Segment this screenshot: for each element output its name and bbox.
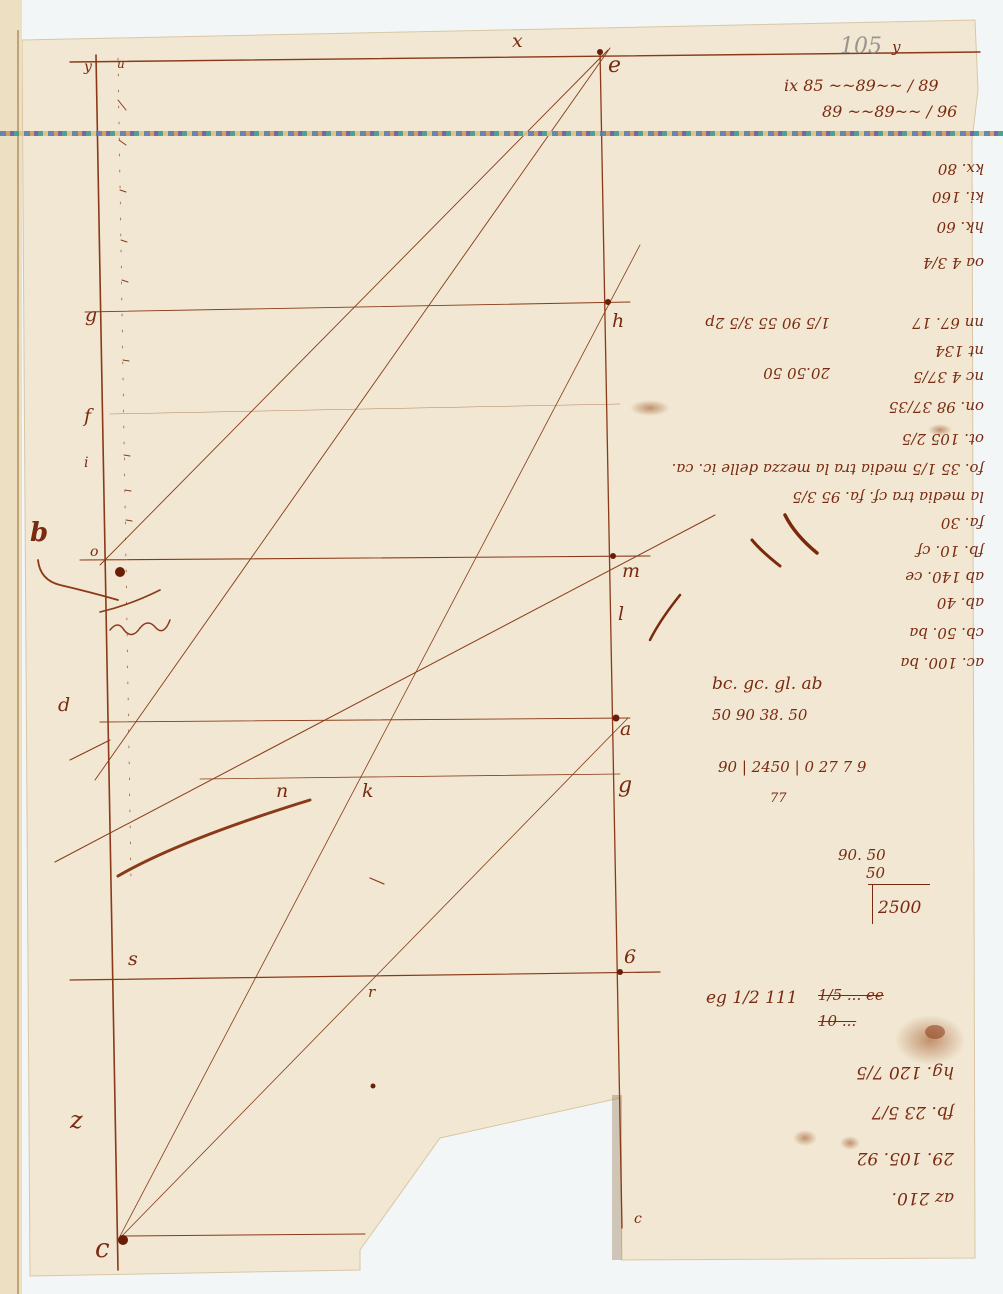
note-row: ac. 100. ba bbox=[900, 655, 984, 670]
note-row: oa 4 3/4 bbox=[923, 255, 984, 270]
note-row: on. 98 37/35 bbox=[889, 399, 984, 414]
note-row: hk. 60 bbox=[937, 219, 984, 234]
lower-struck1: 1/5 ... ee bbox=[818, 988, 884, 1003]
point-label-r: r bbox=[368, 985, 375, 1000]
point-label-u: u bbox=[117, 58, 125, 70]
calc-line: 20.50 50 bbox=[763, 365, 830, 380]
folio-number: 105 bbox=[840, 34, 882, 59]
point-label-b: b bbox=[30, 520, 48, 546]
point-label-i: i bbox=[84, 456, 88, 470]
note-row: cb. 50. ba bbox=[909, 625, 984, 640]
note-row: ot. 105 2/5 bbox=[902, 431, 984, 446]
point-label-g-lower: g bbox=[618, 775, 632, 797]
point-label-k: k bbox=[362, 782, 374, 801]
note-y: y bbox=[892, 40, 900, 55]
point-label-e: e bbox=[608, 55, 621, 77]
mult-result: 2500 bbox=[878, 900, 921, 917]
ink-blot bbox=[925, 1025, 945, 1039]
point-label-n: n bbox=[276, 782, 288, 801]
mult-bar bbox=[872, 884, 873, 924]
note-top-line1: ix 85 ~~89~~ / 89 bbox=[784, 78, 939, 94]
note-row: hg. 120 7/5 bbox=[856, 1063, 954, 1080]
note-row: fa. 30 bbox=[941, 515, 984, 530]
ratio-header: bc. gc. gl. ab bbox=[712, 676, 823, 693]
ratio-division: 90 | 2450 | 0 27 7 9 bbox=[718, 760, 866, 775]
point-label-s: s bbox=[128, 950, 138, 969]
lower-prefix: eg 1/2 111 bbox=[706, 990, 798, 1007]
point-label-6: 6 bbox=[624, 948, 636, 967]
mult-rule bbox=[868, 884, 930, 885]
lower-upside-down: az 210. 29. 105. 92 fb. 23 5/7 hg. 120 7… bbox=[800, 1040, 960, 1210]
ratio-remainder: 77 bbox=[770, 792, 787, 805]
mult-line1: 90. 50 bbox=[838, 848, 886, 863]
note-row: ab 140. ce bbox=[905, 569, 984, 584]
note-row: fb. 10. cf bbox=[917, 543, 984, 558]
point-label-c-bottom: c bbox=[95, 1236, 110, 1262]
point-label-g-upper: g bbox=[85, 306, 97, 325]
point-label-y: y bbox=[84, 60, 92, 74]
note-row: fo. 35 1/5 media tra la mezza delle ic. … bbox=[672, 461, 984, 476]
note-row: la media tra cf. fa. 95 3/5 bbox=[792, 489, 984, 504]
note-row: az 210. bbox=[892, 1189, 954, 1206]
point-label-x: x bbox=[512, 32, 523, 51]
note-row: kx. 80 bbox=[938, 161, 984, 176]
note-row: nc 4 37/5 bbox=[913, 369, 984, 384]
lower-struck2: 10 ... bbox=[818, 1014, 856, 1029]
point-label-a: a bbox=[620, 720, 631, 739]
manuscript-page: 105 x e y u g h f i b o m l d a n k g s … bbox=[0, 0, 1003, 1294]
point-label-d: d bbox=[58, 696, 70, 715]
note-row: 29. 105. 92 bbox=[857, 1149, 954, 1166]
point-label-c-edge: c bbox=[634, 1212, 642, 1226]
note-top-line2: 89 ~~89~~ / 96 bbox=[822, 104, 957, 120]
point-label-o: o bbox=[90, 545, 98, 559]
note-row: nt 134 bbox=[935, 343, 984, 358]
note-row: nn 67. 17 bbox=[912, 315, 984, 330]
ratio-values: 50 90 38. 50 bbox=[712, 708, 807, 723]
note-row: ab. 40 bbox=[937, 595, 984, 610]
note-row: ki. 160 bbox=[932, 189, 984, 204]
point-label-f: f bbox=[84, 407, 91, 426]
note-row: fb. 23 5/7 bbox=[872, 1103, 954, 1120]
mult-line2: 50 bbox=[866, 866, 885, 881]
upside-down-calc: 20.50 50 1/5 90 55 3/5 2p bbox=[680, 270, 840, 390]
point-label-z: z bbox=[70, 1108, 83, 1132]
upside-down-notes: ac. 100. ba cb. 50. ba ab. 40 ab 140. ce… bbox=[600, 140, 990, 670]
scan-artifact-line bbox=[0, 131, 1003, 136]
calc-line: 1/5 90 55 3/5 2p bbox=[705, 315, 830, 330]
